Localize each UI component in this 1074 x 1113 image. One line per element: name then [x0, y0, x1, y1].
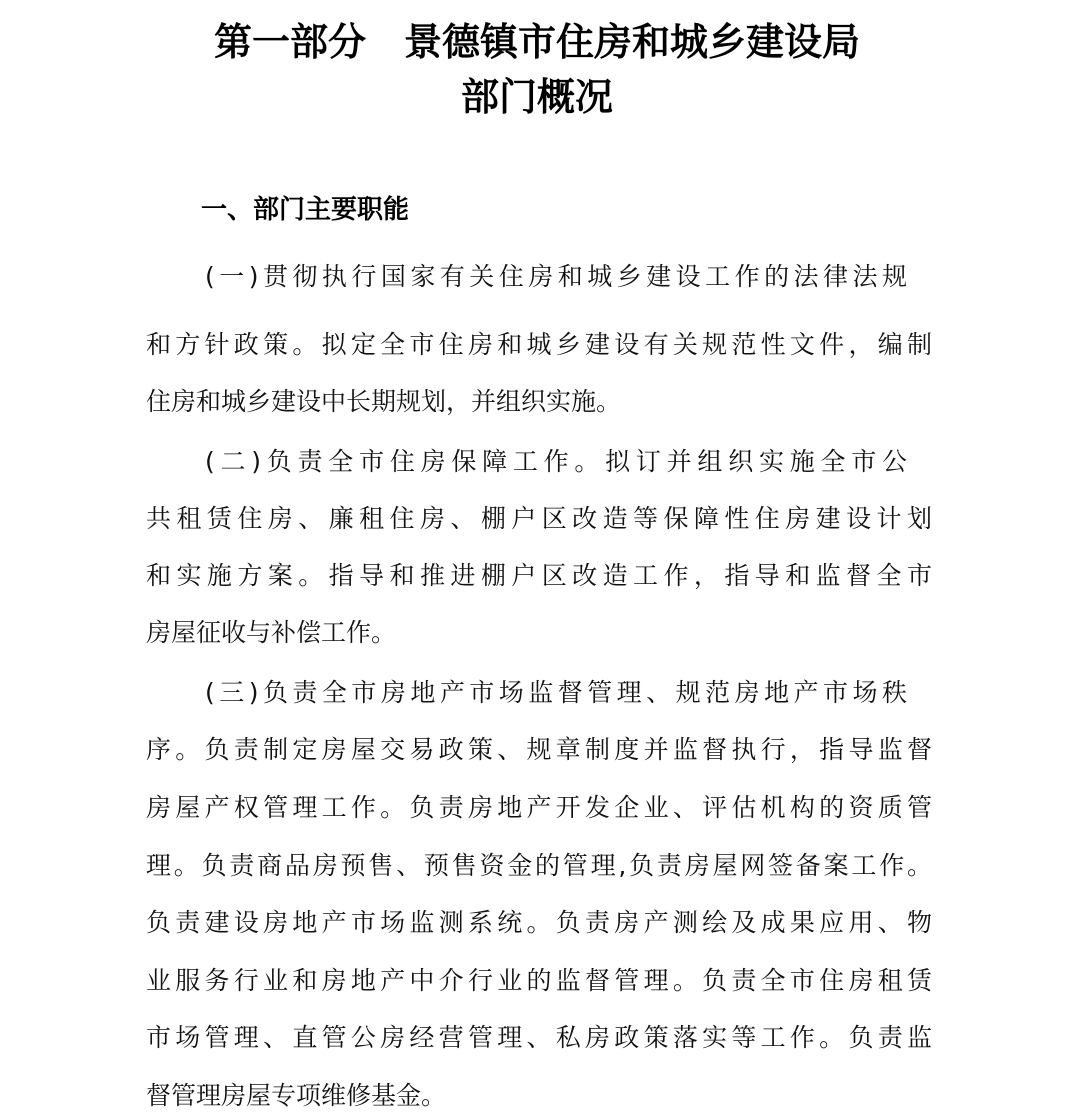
paragraph-1-line-2: 和方针政策。拟定全市住房和城乡建设有关规范性文件，编制	[146, 327, 932, 363]
paragraph-3-line-4: 理。负责商品房预售、预售资金的管理,负责房屋网签备案工作。	[146, 848, 932, 884]
paragraph-3-line-2: 序。负责制定房屋交易政策、规章制度并监督执行，指导监督	[146, 732, 932, 768]
paragraph-3-line-8: 督管理房屋专项维修基金。	[146, 1078, 932, 1113]
page-title: 第一部分 景德镇市住房和城乡建设局	[0, 17, 1074, 67]
section-heading: 一、部门主要职能	[201, 190, 409, 230]
paragraph-3-line-7: 市场管理、直管公房经营管理、私房政策落实等工作。负责监	[146, 1020, 932, 1056]
paragraph-3-line-3: 房屋产权管理工作。负责房地产开发企业、评估机构的资质管	[146, 790, 932, 826]
paragraph-2-line-1: (二)负责全市住房保障工作。拟订并组织实施全市公	[205, 444, 907, 480]
paragraph-1-line-1: (一)贯彻执行国家有关住房和城乡建设工作的法律法规	[205, 259, 907, 295]
document-page: 第一部分 景德镇市住房和城乡建设局 部门概况 一、部门主要职能 (一)贯彻执行国…	[0, 0, 1074, 1113]
page-subtitle: 部门概况	[0, 72, 1074, 122]
paragraph-1-line-3: 住房和城乡建设中长期规划，并组织实施。	[146, 384, 932, 420]
paragraph-3-line-5: 负责建设房地产市场监测系统。负责房产测绘及成果应用、物	[146, 905, 932, 941]
paragraph-3-line-1: (三)负责全市房地产市场监督管理、规范房地产市场秩	[205, 675, 907, 711]
paragraph-3-line-6: 业服务行业和房地产中介行业的监督管理。负责全市住房租赁	[146, 963, 932, 999]
paragraph-2-line-3: 和实施方案。指导和推进棚户区改造工作，指导和监督全市	[146, 558, 932, 594]
paragraph-2-line-2: 共租赁住房、廉租住房、棚户区改造等保障性住房建设计划	[146, 501, 932, 537]
paragraph-2-line-4: 房屋征收与补偿工作。	[146, 615, 932, 651]
